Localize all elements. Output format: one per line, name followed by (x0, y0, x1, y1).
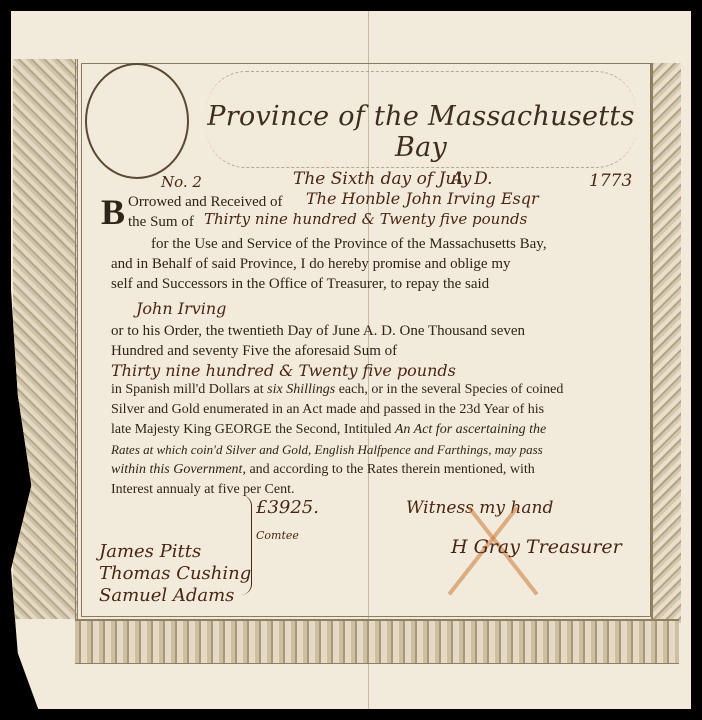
lender-name: The Honble John Irving Esqr (306, 189, 539, 208)
document-paper: Province of the Massachusetts Bay No. 2 … (11, 11, 691, 709)
coin-line-3-italic: An Act for ascertaining the (395, 422, 546, 437)
treasurer-signature: H Gray Treasurer (451, 536, 622, 558)
coin-line-6: Interest annualy at five per Cent. (111, 482, 294, 498)
coin-line-1-a: in Spanish mill'd Dollars at (111, 382, 267, 397)
signature-samuel-adams: Samuel Adams (99, 585, 234, 606)
total-amount: £3925. (256, 497, 319, 518)
body-line-3: self and Successors in the Office of Tre… (111, 276, 489, 293)
ornamental-border-left (13, 59, 78, 619)
document-title: Province of the Massachusetts Bay (201, 101, 641, 163)
witness-line: Witness my hand (406, 498, 553, 518)
coin-line-3: late Majesty King GEORGE the Second, Int… (111, 422, 546, 438)
ornamental-border-bottom (75, 619, 679, 664)
hundred-line: Hundred and seventy Five the aforesaid S… (111, 343, 397, 360)
coin-line-1-italic: six Shillings (267, 382, 335, 397)
issue-era: A. D. (451, 169, 493, 189)
coin-line-2: Silver and Gold enumerated in an Act mad… (111, 402, 544, 418)
coin-line-4: Rates at which coin'd Silver and Gold, E… (111, 442, 543, 458)
coin-line-1: in Spanish mill'd Dollars at six Shillin… (111, 382, 563, 398)
committee-label: Comtee (256, 529, 299, 542)
signature-thomas-cushing: Thomas Cushing (99, 563, 251, 584)
body-line-2: and in Behalf of said Province, I do her… (111, 256, 511, 273)
sum-amount: Thirty nine hundred & Twenty five pounds (204, 210, 527, 228)
ornamental-border-right (651, 63, 681, 623)
note-number: No. 2 (161, 173, 202, 191)
issue-date: The Sixth day of July (293, 169, 471, 189)
borrowed-text: Orrowed and Received of (128, 194, 283, 211)
repay-amount: Thirty nine hundred & Twenty five pounds (111, 361, 456, 380)
payee-name: John Irving (136, 299, 226, 318)
initial-capital: B (101, 191, 125, 233)
coin-line-5: within this Government, and according to… (111, 462, 535, 478)
coin-line-5-italic: within this Government (111, 462, 242, 477)
body-line-1: for the Use and Service of the Province … (151, 236, 547, 253)
coin-line-3-a: late Majesty King GEORGE the Second, Int… (111, 422, 395, 437)
order-line: or to his Order, the twentieth Day of Ju… (111, 323, 525, 340)
signature-james-pitts: James Pitts (99, 541, 201, 562)
sum-label: the Sum of (128, 214, 194, 231)
seal-circle (85, 63, 189, 179)
issue-year: 1773 (589, 171, 632, 191)
coin-line-5-b: , and according to the Rates therein men… (242, 462, 534, 477)
coin-line-1-b: each, or in the several Species of coine… (335, 382, 563, 397)
